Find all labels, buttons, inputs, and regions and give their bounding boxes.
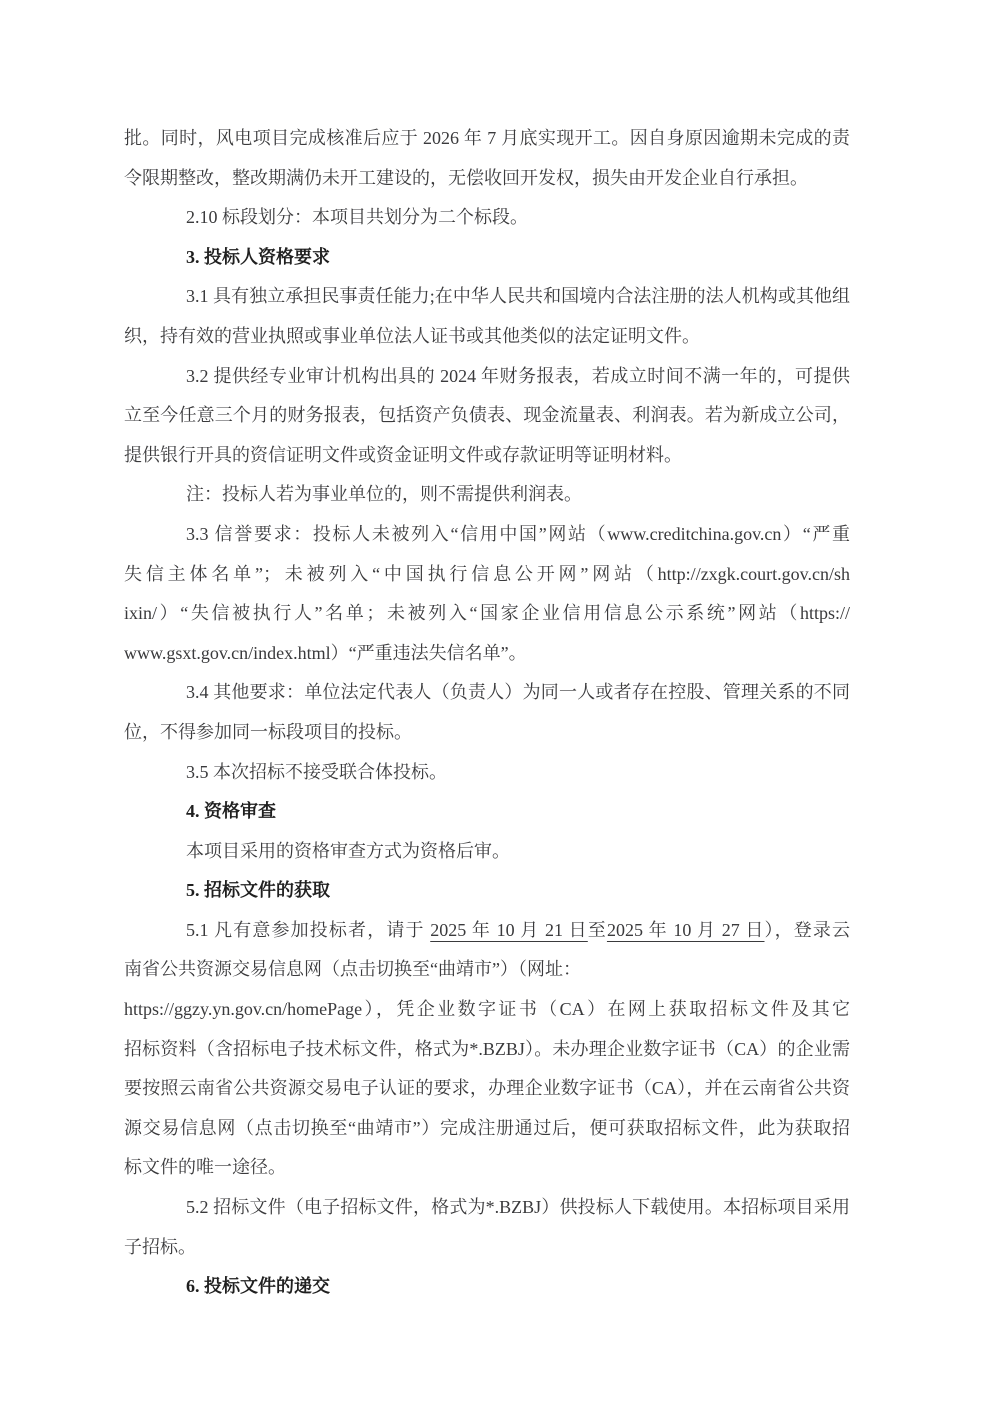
text-line: 子招标。 <box>124 1228 850 1268</box>
text-line: 要按照云南省公共资源交易电子认证的要求，办理企业数字证书（CA），并在云南省公共… <box>124 1069 850 1109</box>
text-line: 位，不得参加同一标段项目的投标。 <box>124 713 850 753</box>
section-heading: 5. 招标文件的获取 <box>124 871 850 911</box>
text-line: 3.1 具有独立承担民事责任能力;在中华人民共和国境内合法注册的法人机构或其他组 <box>124 277 850 317</box>
document-content: 批。同时，风电项目完成核准后应于 2026 年 7 月底实现开工。因自身原因逾期… <box>124 119 850 1307</box>
text-line: 2.10 标段划分：本项目共划分为二个标段。 <box>124 198 850 238</box>
text-line: 提供银行开具的资信证明文件或资金证明文件或存款证明等证明材料。 <box>124 436 850 476</box>
text-line: 立至今任意三个月的财务报表，包括资产负债表、现金流量表、利润表。若为新成立公司， <box>124 396 850 436</box>
text-line: 3.2 提供经专业审计机构出具的 2024 年财务报表，若成立时间不满一年的，可… <box>124 357 850 397</box>
text-line: 南省公共资源交易信息网（点击切换至“曲靖市”）（网址： <box>124 950 850 990</box>
text-line: 5.2 招标文件（电子招标文件，格式为*.BZBJ）供投标人下载使用。本招标项目… <box>124 1188 850 1228</box>
text-line: 织，持有效的营业执照或事业单位法人证书或其他类似的法定证明文件。 <box>124 317 850 357</box>
text-line: 3.3 信誉要求：投标人未被列入“信用中国”网站（www.creditchina… <box>124 515 850 555</box>
section-heading: 4. 资格审查 <box>124 792 850 832</box>
text-line: 注：投标人若为事业单位的，则不需提供利润表。 <box>124 475 850 515</box>
text-line: 标文件的唯一途径。 <box>124 1148 850 1188</box>
text-line: 3.5 本次招标不接受联合体投标。 <box>124 753 850 793</box>
underlined-date: 2025 年 10 月 27 日 <box>607 920 765 940</box>
text-line: 源交易信息网（点击切换至“曲靖市”）完成注册通过后，便可获取招标文件，此为获取招 <box>124 1109 850 1149</box>
text-line: 3.4 其他要求：单位法定代表人（负责人）为同一人或者存在控股、管理关系的不同单 <box>124 673 850 713</box>
text-line: 批。同时，风电项目完成核准后应于 2026 年 7 月底实现开工。因自身原因逾期… <box>124 119 850 159</box>
text-line: www.gsxt.gov.cn/index.html）“严重违法失信名单”。 <box>124 634 850 674</box>
text-line: 本项目采用的资格审查方式为资格后审。 <box>124 832 850 872</box>
text-line: https://ggzy.yn.gov.cn/homePage），凭企业数字证书… <box>124 990 850 1030</box>
section-heading: 6. 投标文件的递交 <box>124 1267 850 1307</box>
text-line: 5.1 凡有意参加投标者，请于 2025 年 10 月 21 日至2025 年 … <box>124 911 850 951</box>
text-line: ixin/）“失信被执行人”名单；未被列入“国家企业信用信息公示系统”网站（ht… <box>124 594 850 634</box>
text-segment: 至 <box>588 920 607 940</box>
text-line: 失信主体名单”；未被列入“中国执行信息公开网”网站（http://zxgk.co… <box>124 555 850 595</box>
text-segment: 5.1 凡有意参加投标者，请于 <box>186 920 430 940</box>
section-heading: 3. 投标人资格要求 <box>124 238 850 278</box>
underlined-date: 2025 年 10 月 21 日 <box>430 920 588 940</box>
document-page: 批。同时，风电项目完成核准后应于 2026 年 7 月底实现开工。因自身原因逾期… <box>0 0 1000 1414</box>
text-line: 招标资料（含招标电子技术标文件，格式为*.BZBJ）。未办理企业数字证书（CA）… <box>124 1030 850 1070</box>
text-segment: ），登录云 <box>765 920 851 940</box>
text-line: 令限期整改，整改期满仍未开工建设的，无偿收回开发权，损失由开发企业自行承担。 <box>124 159 850 199</box>
